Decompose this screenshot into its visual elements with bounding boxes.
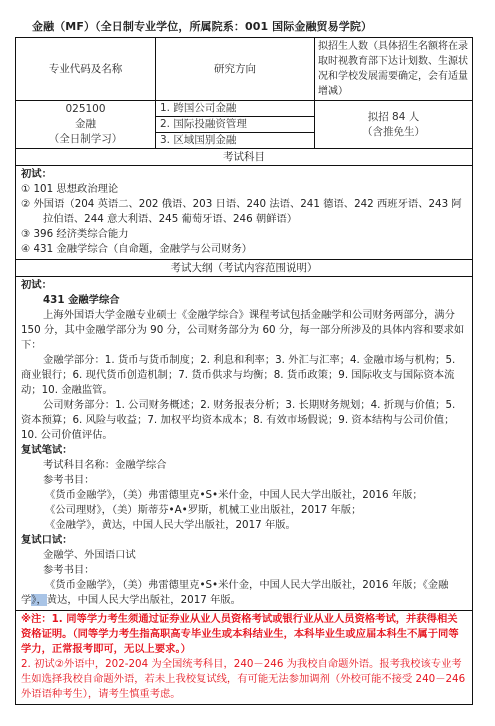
direction-item: 2. 国际投融资管理 [156,117,315,133]
direction-item: 3. 区域国别金融 [156,133,315,149]
syllabus-row: 初试： 431 金融学综合 上海外国语大学金融专业硕士《金融学综合》课程考试包括… [16,277,473,611]
syllabus-content: 初试： 431 金融学综合 上海外国语大学金融专业硕士《金融学综合》课程考试包括… [16,277,473,611]
note-2: 2. 初试②外语中，202-204 为全国统考科目，240－246 为我校自命题… [21,657,467,702]
subject-item: ③ 396 经济类综合能力 [21,227,467,242]
syllabus-heading: 考试大纲（考试内容范围说明） [16,260,473,277]
header-code-name: 专业代码及名称 [16,38,156,101]
notes-row: ※注：1. 同等学力考生须通过证券业从业人员资格考试或银行业从业人员资格考试，并… [16,611,473,705]
page-title: 金融（MF）（全日制专业学位，所属院系：001 国际金融贸易学院） [32,18,372,34]
syllabus-heading-row: 考试大纲（考试内容范围说明） [16,260,473,277]
subject-item: ② 外国语（204 英语二、202 俄语、203 日语、240 法语、241 德… [21,197,467,227]
retest-written-subject: 考试科目名称：金融学综合 [21,458,467,473]
direction-item: 1. 跨国公司金融 [156,101,315,117]
prelim-label: 初试： [21,167,467,182]
header-quota: 拟招生人数（具体招生名额将在录取时视教育部下达计划数、生源状况和学校发展需要确定… [315,38,473,101]
oral-books-text-cont: 黄达，中国人民大学出版社，2017 年版。 [47,594,241,606]
header-direction: 研究方向 [156,38,315,101]
program-row: 025100 金融 （全日制学习） 1. 跨国公司金融 拟招 84 人 （含推免… [16,101,473,117]
retest-oral-books: 《货币金融学》，（美）弗雷德里克•S•米什金，中国人民大学出版社，2016 年版… [21,578,467,608]
retest-oral-books-label: 参考书目： [21,563,467,578]
reference-book: 《货币金融学》，（美）弗雷德里克•S•米什金，中国人民大学出版社，2016 年版… [21,488,467,503]
reference-book: 《金融学》，黄达，中国人民大学出版社，2017 年版。 [21,518,467,533]
corp-finance-part: 公司财务部分：1. 公司财务概述；2. 财务报表分析；3. 长期财务规划；4. … [21,398,467,443]
exam-subjects-heading: 考试科目 [16,149,473,166]
retest-oral-subject: 金融学、外国语口试 [21,548,467,563]
subject-item: ④ 431 金融学综合（自命题，金融学与公司财务） [21,242,467,257]
program-mode: （全日制学习） [16,132,155,147]
exam-subjects-content: 初试： ① 101 思想政治理论 ② 外国语（204 英语二、202 俄语、20… [16,166,473,260]
program-cell: 025100 金融 （全日制学习） [16,101,156,149]
prelim-label: 初试： [21,278,467,293]
subject-item: ① 101 思想政治理论 [21,182,467,197]
quota-count: 拟招 84 人 [315,110,472,125]
program-name: 金融 [16,117,155,132]
retest-written-label: 复试笔试： [21,443,467,458]
note-1: ※注：1. 同等学力考生须通过证券业从业人员资格考试或银行业从业人员资格考试，并… [21,612,467,657]
finance-part: 金融学部分：1. 货币与货币制度；2. 利息和利率；3. 外汇与汇率；4. 金融… [21,353,467,398]
program-code: 025100 [16,102,155,117]
syllabus-intro: 上海外国语大学金融专业硕士《金融学综合》课程考试包括金融学和公司财务两部分，满分… [21,308,467,353]
quota-cell: 拟招 84 人 （含推免生） [315,101,473,149]
exam-subjects-heading-row: 考试科目 [16,149,473,166]
notes-content: ※注：1. 同等学力考生须通过证券业从业人员资格考试或银行业从业人员资格考试，并… [16,611,473,705]
quota-note: （含推免生） [315,125,472,140]
header-row: 专业代码及名称 研究方向 拟招生人数（具体招生名额将在录取时视教育部下达计划数、… [16,38,473,101]
subject-title: 431 金融学综合 [21,293,467,308]
exam-subjects-row: 初试： ① 101 思想政治理论 ② 外国语（204 英语二、202 俄语、20… [16,166,473,260]
text-selection-highlight[interactable]: 》， [31,594,46,606]
reference-book: 《公司理财》，（美）斯蒂芬•A•罗斯，机械工业出版社，2017 年版； [21,503,467,518]
program-table: 专业代码及名称 研究方向 拟招生人数（具体招生名额将在录取时视教育部下达计划数、… [15,37,473,705]
retest-oral-label: 复试口试： [21,533,467,548]
retest-written-books-label: 参考书目： [21,473,467,488]
